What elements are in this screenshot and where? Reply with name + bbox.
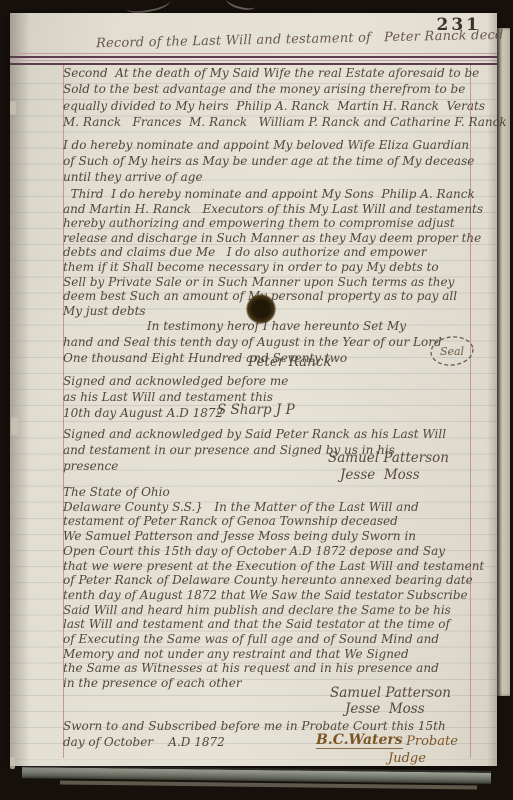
text-line: the Same as Witnesses at his request and… bbox=[63, 661, 475, 676]
text-line: hand and Seal this tenth day of August i… bbox=[63, 334, 475, 350]
text-line: Signed and acknowledged before me bbox=[63, 373, 475, 389]
text-line: Sworn to and Subscribed before me in Pro… bbox=[63, 718, 475, 734]
justice-signature: S Sharp J P bbox=[217, 402, 295, 418]
text-line: of Such of My heirs as May be under age … bbox=[63, 153, 475, 169]
page-header-title: Record of the Last Will and testament of… bbox=[96, 28, 504, 52]
witness-signature: Jesse Moss bbox=[340, 467, 420, 483]
text-line: release and discharge in Such Manner as … bbox=[63, 231, 475, 246]
paper-tear bbox=[10, 101, 16, 115]
testator-signature: Peter Ranck bbox=[248, 354, 332, 370]
text-line: M. Ranck Frances M. Ranck William P. Ran… bbox=[63, 114, 475, 130]
text-line: of Executing the Same was of full age an… bbox=[63, 632, 475, 647]
text-line: equally divided to My heirs Philip A. Ra… bbox=[63, 98, 475, 114]
text-line: Second At the death of My Said Wife the … bbox=[63, 65, 475, 81]
second-clause: Second At the death of My Said Wife the … bbox=[63, 65, 475, 130]
probate-witness-signature: Jesse Moss bbox=[345, 701, 425, 717]
text-line: that we were present at the Execution of… bbox=[63, 559, 475, 574]
text-line: Delaware County S.S.} In the Matter of t… bbox=[63, 500, 475, 515]
ink-blot bbox=[246, 294, 276, 324]
text-line: Third I do hereby nominate and appoint M… bbox=[63, 187, 475, 202]
text-line: Open Court this 15th day of October A.D … bbox=[63, 544, 475, 559]
text-line: last Will and testament and that the Sai… bbox=[63, 617, 475, 632]
binding-thread bbox=[225, 0, 257, 12]
probate-witness-signature: Samuel Patterson bbox=[330, 685, 451, 701]
scanned-book-photo: 231 Record of the Last Will and testamen… bbox=[0, 0, 513, 800]
text-line: testament of Peter Ranck of Genoa Townsh… bbox=[63, 514, 475, 529]
text-line: hereby authorizing and empowering them t… bbox=[63, 216, 475, 231]
witness-signature: Samuel Patterson bbox=[328, 450, 449, 466]
text-line: Signed and acknowledged by Said Peter Ra… bbox=[63, 426, 475, 442]
ledger-page: 231 Record of the Last Will and testamen… bbox=[10, 13, 497, 766]
judge-title: Judge bbox=[388, 751, 426, 766]
text-line: The State of Ohio bbox=[63, 485, 475, 500]
seal-label: Seal bbox=[440, 345, 465, 358]
text-line: and Martin H. Ranck Executors of this My… bbox=[63, 202, 475, 217]
text-line: them if it Shall become necessary in ord… bbox=[63, 260, 475, 275]
judge-title: Probate bbox=[402, 734, 458, 749]
text-line: debts and claims due Me I do also author… bbox=[63, 245, 475, 260]
text-line: Memory and not under any restraint and t… bbox=[63, 647, 475, 662]
text-line: We Samuel Patterson and Jesse Moss being… bbox=[63, 529, 475, 544]
text-line: Sell by Private Sale or in Such Manner u… bbox=[63, 275, 475, 290]
judge-signature: B.C.Waters bbox=[316, 732, 403, 749]
seal-stamp: Seal bbox=[427, 333, 477, 369]
guardian-clause: I do hereby nominate and appoint My belo… bbox=[63, 137, 475, 185]
text-line: until they arrive of age bbox=[63, 169, 475, 185]
text-line: tenth day of August 1872 that We Saw the… bbox=[63, 588, 475, 603]
text-line: Said Will and heard him publish and decl… bbox=[63, 603, 475, 618]
text-line: of Peter Ranck of Delaware County hereun… bbox=[63, 573, 475, 588]
paper-tear bbox=[10, 757, 15, 769]
paper-tear bbox=[11, 417, 18, 435]
text-line: Sold to the best advantage and the money… bbox=[63, 81, 475, 97]
probate-record: The State of OhioDelaware County S.S.} I… bbox=[63, 485, 475, 691]
text-line: I do hereby nominate and appoint My belo… bbox=[63, 137, 475, 153]
